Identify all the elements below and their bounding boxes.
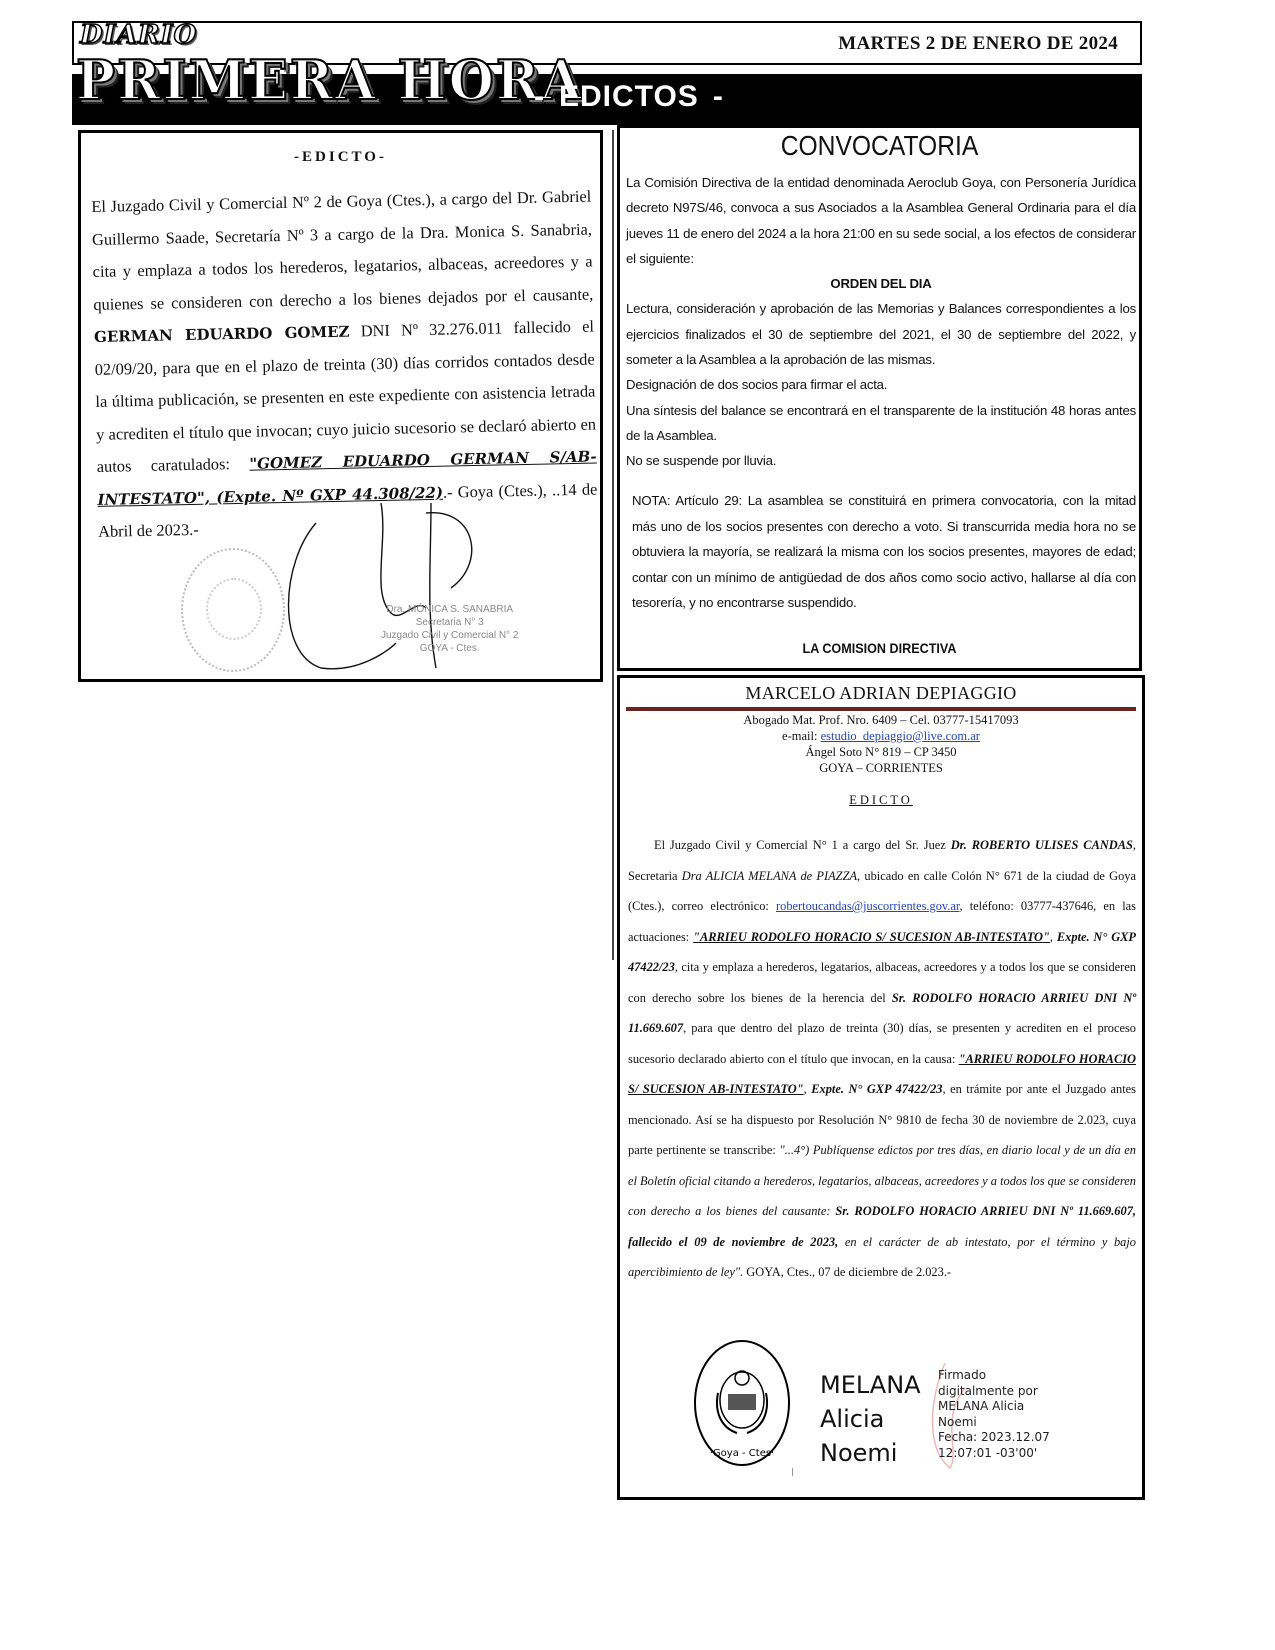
issue-date: MARTES 2 DE ENERO DE 2024 [838,33,1118,55]
section-title: -EDICTOS- [520,80,738,114]
seal-emblem-icon [206,578,262,640]
court-seal-icon: ·Goya - Ctes· [692,1338,792,1468]
convocatoria-body: La Comisión Directiva de la entidad deno… [626,170,1136,474]
resolution-quote: "...4°) Publíquense edictos por tres día… [628,1143,1136,1279]
secretary-name: Dra ALICIA MELANA de PIAZZA [682,869,857,883]
judge-name: Dr. ROBERTO ULISES CANDAS [951,838,1133,852]
svg-text:·Goya - Ctes·: ·Goya - Ctes· [710,1448,775,1459]
deceased-name: GERMAN EDUARDO GOMEZ [94,323,350,346]
agenda-item: Designación de dos socios para firmar el… [626,372,1136,397]
lawyer-name: MARCELO ADRIAN DEPIAGGIO [620,683,1142,704]
letterhead-info: Abogado Mat. Prof. Nro. 6409 – Cel. 0377… [620,712,1142,776]
brand-diario: DIARIO [80,20,197,50]
signature-stamp: Dra. MÓNICA S. SANABRIA Secretaria N° 3 … [381,603,518,655]
section-label: EDICTOS [559,80,699,113]
signer-name: MELANA Alicia Noemi [820,1368,921,1470]
case-title: "ARRIEU RODOLFO HORACIO S/ SUCESION AB-I… [693,930,1050,944]
agenda-item: No se suspende por lluvia. [626,448,1136,473]
convocatoria-title: CONVOCATORIA [651,130,1108,162]
edicto-title: -EDICTO- [81,149,600,166]
convocatoria-signature: LA COMISION DIRECTIVA [646,640,1113,656]
edicto-body: El Juzgado Civil y Comercial N° 1 a carg… [628,830,1136,1288]
lawyer-email-link[interactable]: estudio_depiaggio@live.com.ar [821,729,980,743]
digital-signature-meta: Firmado digitalmente por MELANA Alicia N… [938,1368,1050,1461]
column-divider [612,130,614,960]
edicto-body: El Juzgado Civil y Comercial Nº 2 de Goy… [91,181,598,549]
letterhead-rule [626,707,1136,711]
brand-primera-hora: PRIMERA HORA [76,48,584,112]
court-email-link[interactable]: robertoucandas@juscorrientes.gov.ar [776,899,960,913]
orden-del-dia-title: ORDEN DEL DIA [626,271,1136,296]
agenda-item: Una síntesis del balance se encontrará e… [626,398,1136,449]
convocatoria-note: NOTA: Artículo 29: La asamblea se consti… [632,488,1136,616]
convocatoria-aeroclub: CONVOCATORIA La Comisión Directiva de la… [617,125,1142,671]
agenda-item: Lectura, consideración y aprobación de l… [626,296,1136,372]
edicto-title: EDICTO [620,793,1142,808]
edicto-gomez: -EDICTO- El Juzgado Civil y Comercial Nº… [78,130,603,682]
scan-mark [792,1468,793,1476]
edicto-arrieu: MARCELO ADRIAN DEPIAGGIO Abogado Mat. Pr… [617,675,1145,1500]
